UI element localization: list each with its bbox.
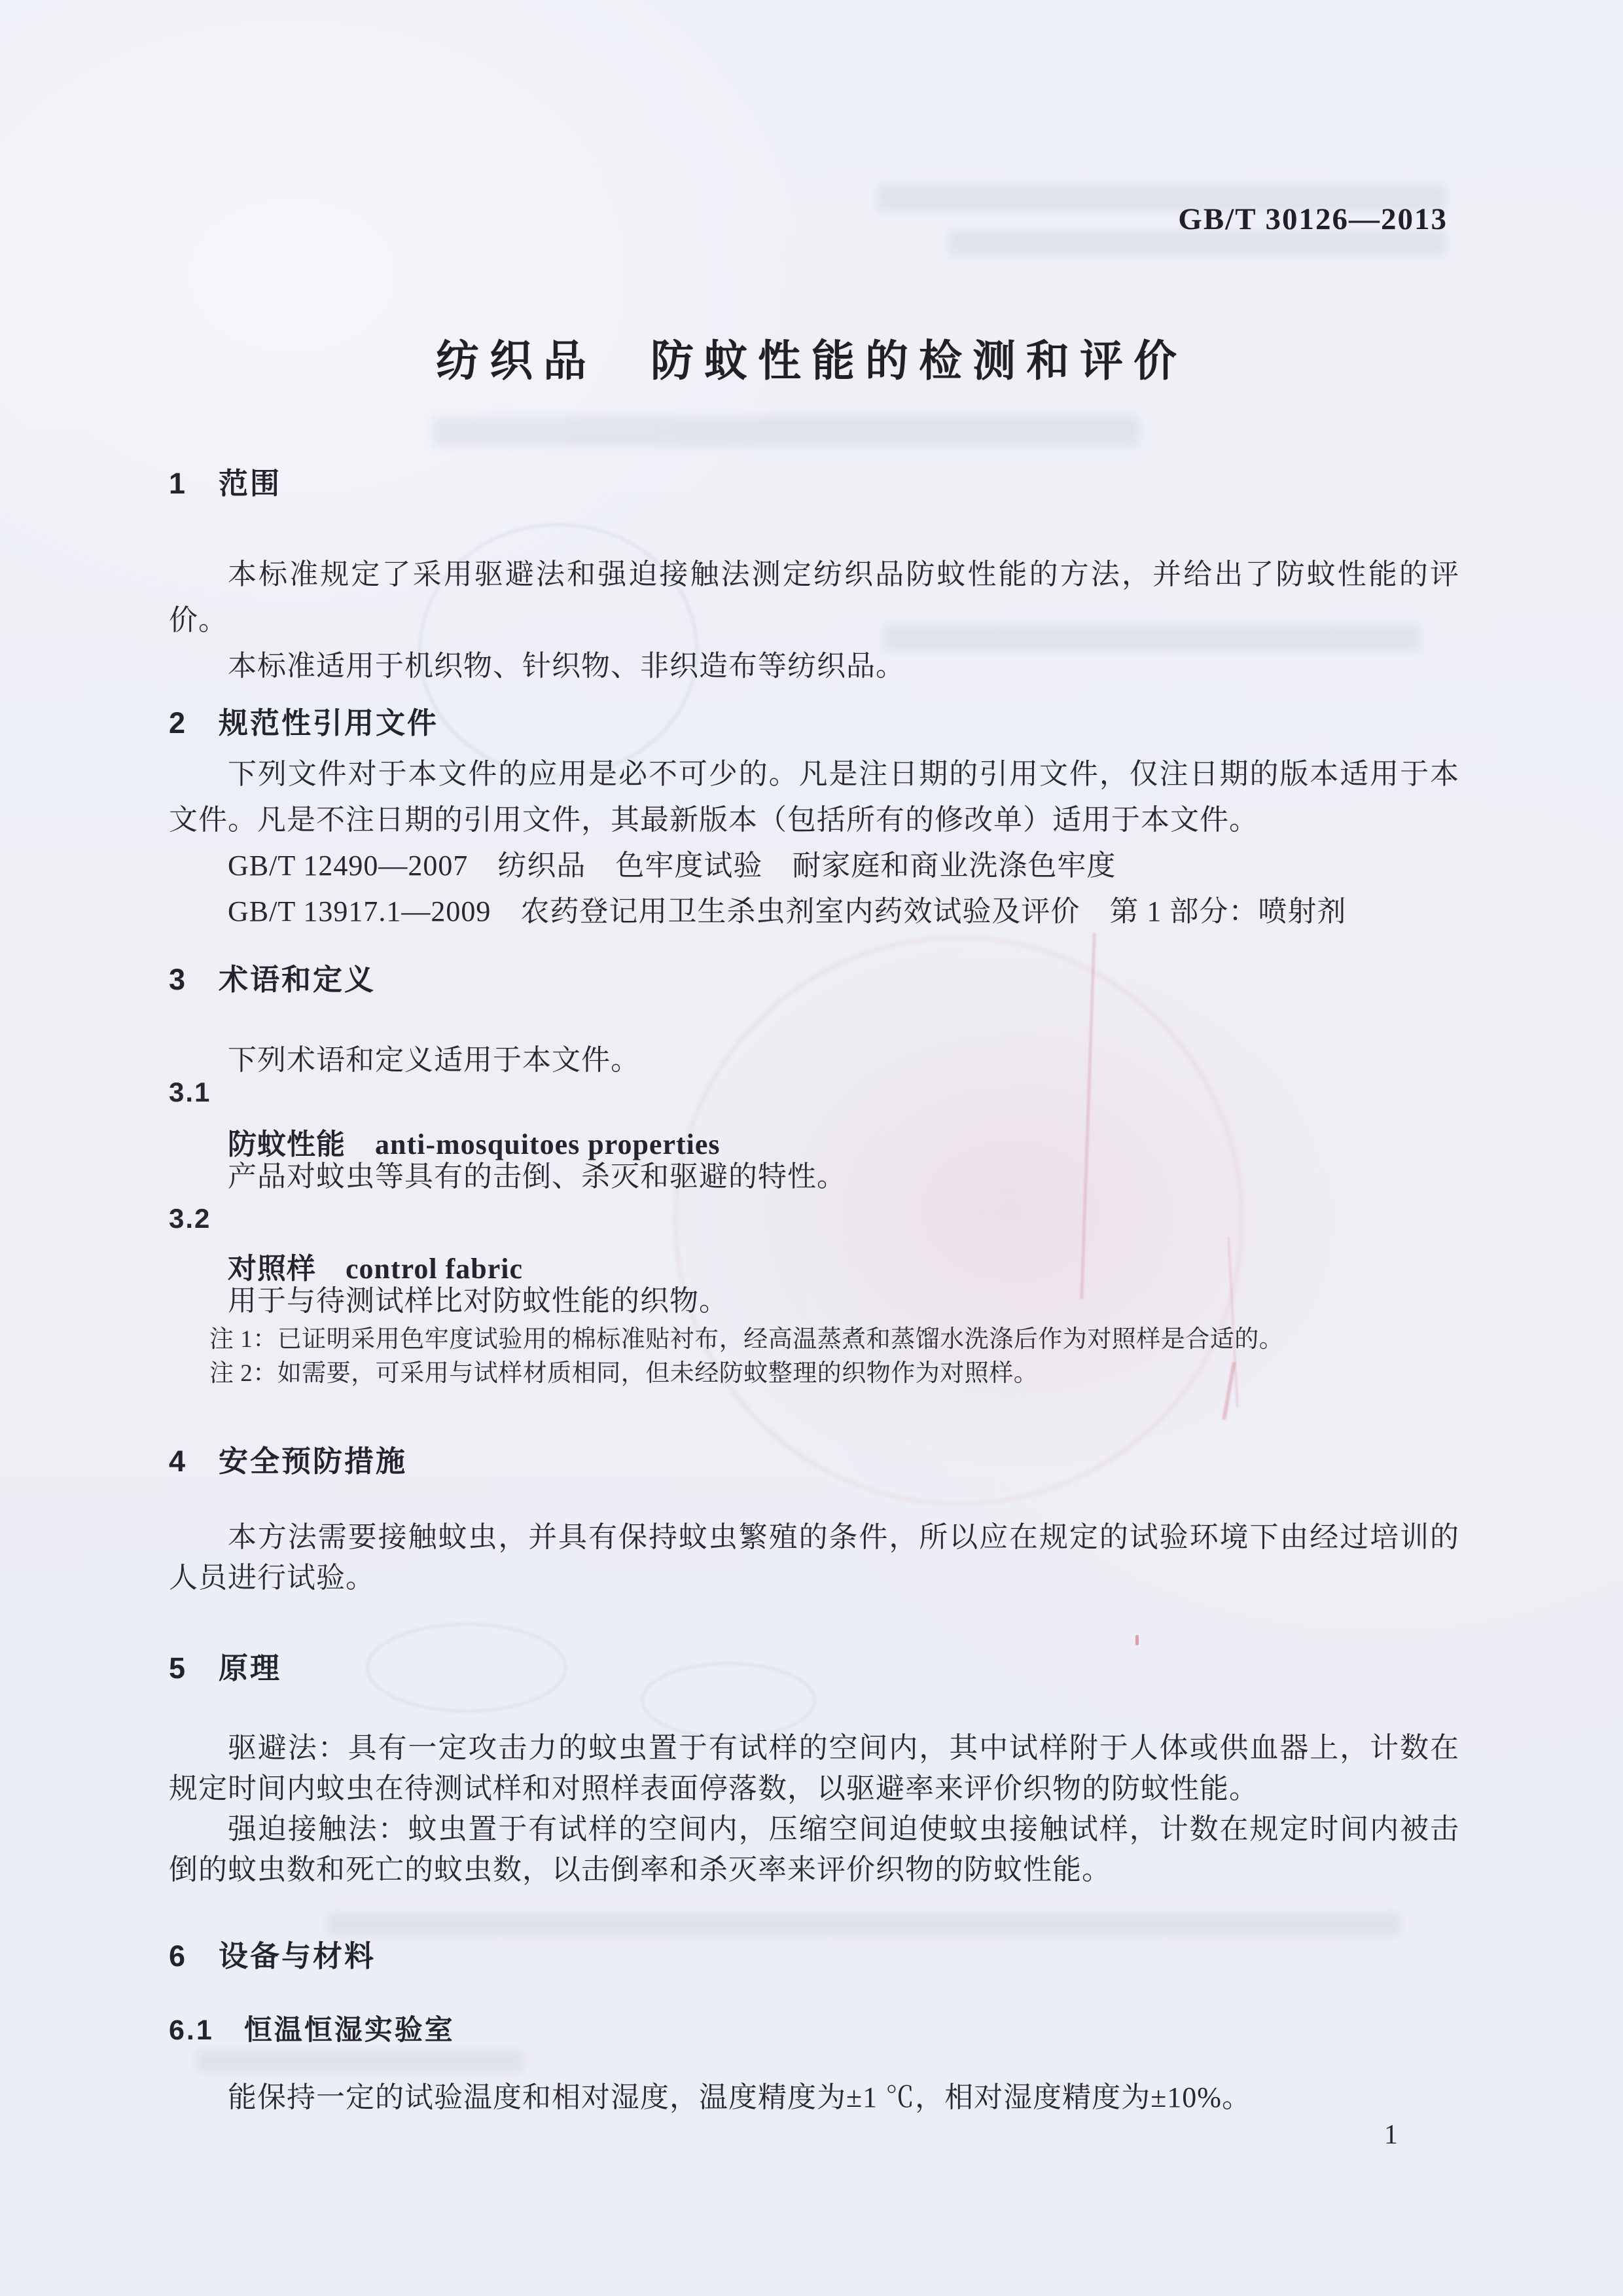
- section-4-body: 本方法需要接触蚊虫，并具有保持蚊虫繁殖的条件，所以应在规定的试验环境下由经过培训…: [169, 1517, 1459, 1598]
- section-1-heading: 1 范围: [169, 459, 281, 502]
- section-5-body: 驱避法：具有一定攻击力的蚊虫置于有试样的空间内，其中试样附于人体或供血器上，计数…: [169, 1728, 1459, 1890]
- section-3-intro: 下列术语和定义适用于本文件。: [169, 1037, 1459, 1083]
- paragraph: 本方法需要接触蚊虫，并具有保持蚊虫繁殖的条件，所以应在规定的试验环境下由经过培训…: [169, 1517, 1459, 1598]
- section-1-body: 本标准规定了采用驱避法和强迫接触法测定纺织品防蚊性能的方法，并给出了防蚊性能的评…: [169, 552, 1459, 689]
- page-number: 1: [1384, 2119, 1398, 2151]
- section-6-1-subheading: 6.1 恒温恒湿实验室: [169, 2008, 455, 2048]
- reference-entry: GB/T 12490—2007 纺织品 色牢度试验 耐家庭和商业洗涤色牢度: [169, 843, 1459, 889]
- definition-3-2: 用于与待测试样比对防蚊性能的织物。: [228, 1282, 1458, 1321]
- paragraph: 下列文件对于本文件的应用是必不可少的。凡是注日期的引用文件，仅注日期的版本适用于…: [169, 751, 1459, 843]
- paragraph: 本标准规定了采用驱避法和强迫接触法测定纺织品防蚊性能的方法，并给出了防蚊性能的评…: [169, 552, 1459, 643]
- paragraph: 强迫接触法：蚊虫置于有试样的空间内，压缩空间迫使蚊虫接触试样，计数在规定时间内被…: [169, 1809, 1459, 1890]
- clause-number-3-1: 3.1: [169, 1077, 211, 1108]
- section-4-heading: 4 安全预防措施: [169, 1437, 407, 1480]
- section-6-heading: 6 设备与材料: [169, 1932, 376, 1975]
- standard-number: GB/T 30126—2013: [1178, 202, 1448, 237]
- reference-entry: GB/T 13917.1—2009 农药登记用卫生杀虫剂室内药效试验及评价 第 …: [169, 889, 1459, 935]
- section-6-1-body: 能保持一定的试验温度和相对湿度，温度精度为±1 ℃，相对湿度精度为±10%。: [169, 2075, 1459, 2121]
- section-3-heading: 3 术语和定义: [169, 956, 376, 998]
- paragraph: 驱避法：具有一定攻击力的蚊虫置于有试样的空间内，其中试样附于人体或供血器上，计数…: [169, 1728, 1459, 1809]
- page-title: 纺织品 防蚊性能的检测和评价: [0, 326, 1623, 388]
- section-2-body: 下列文件对于本文件的应用是必不可少的。凡是注日期的引用文件，仅注日期的版本适用于…: [169, 751, 1459, 935]
- paragraph: 用于与待测试样比对防蚊性能的织物。: [228, 1282, 1458, 1321]
- term-control-fabric: 对照样 control fabric: [228, 1245, 523, 1287]
- paragraph: 下列术语和定义适用于本文件。: [169, 1037, 1459, 1083]
- paragraph: 产品对蚊虫等具有的击倒、杀灭和驱避的特性。: [228, 1157, 1458, 1196]
- note-2: 注 2：如需要，可采用与试样材质相同，但未经防蚊整理的织物作为对照样。: [209, 1357, 1459, 1390]
- paragraph: 本标准适用于机织物、针织物、非织造布等纺织品。: [169, 643, 1459, 689]
- clause-number-3-2: 3.2: [169, 1203, 211, 1234]
- term-anti-mosquitoes-properties: 防蚊性能 anti-mosquitoes properties: [228, 1121, 721, 1162]
- section-5-heading: 5 原理: [169, 1644, 281, 1687]
- scanned-standard-page: { "document": { "standard_number": "GB/T…: [0, 0, 1623, 2296]
- section-2-heading: 2 规范性引用文件: [169, 699, 438, 742]
- definition-3-1: 产品对蚊虫等具有的击倒、杀灭和驱避的特性。: [228, 1157, 1458, 1196]
- note-1: 注 1：已证明采用色牢度试验用的棉标准贴衬布，经高温蒸煮和蒸馏水洗涤后作为对照样…: [209, 1323, 1459, 1356]
- paragraph: 能保持一定的试验温度和相对湿度，温度精度为±1 ℃，相对湿度精度为±10%。: [169, 2075, 1459, 2121]
